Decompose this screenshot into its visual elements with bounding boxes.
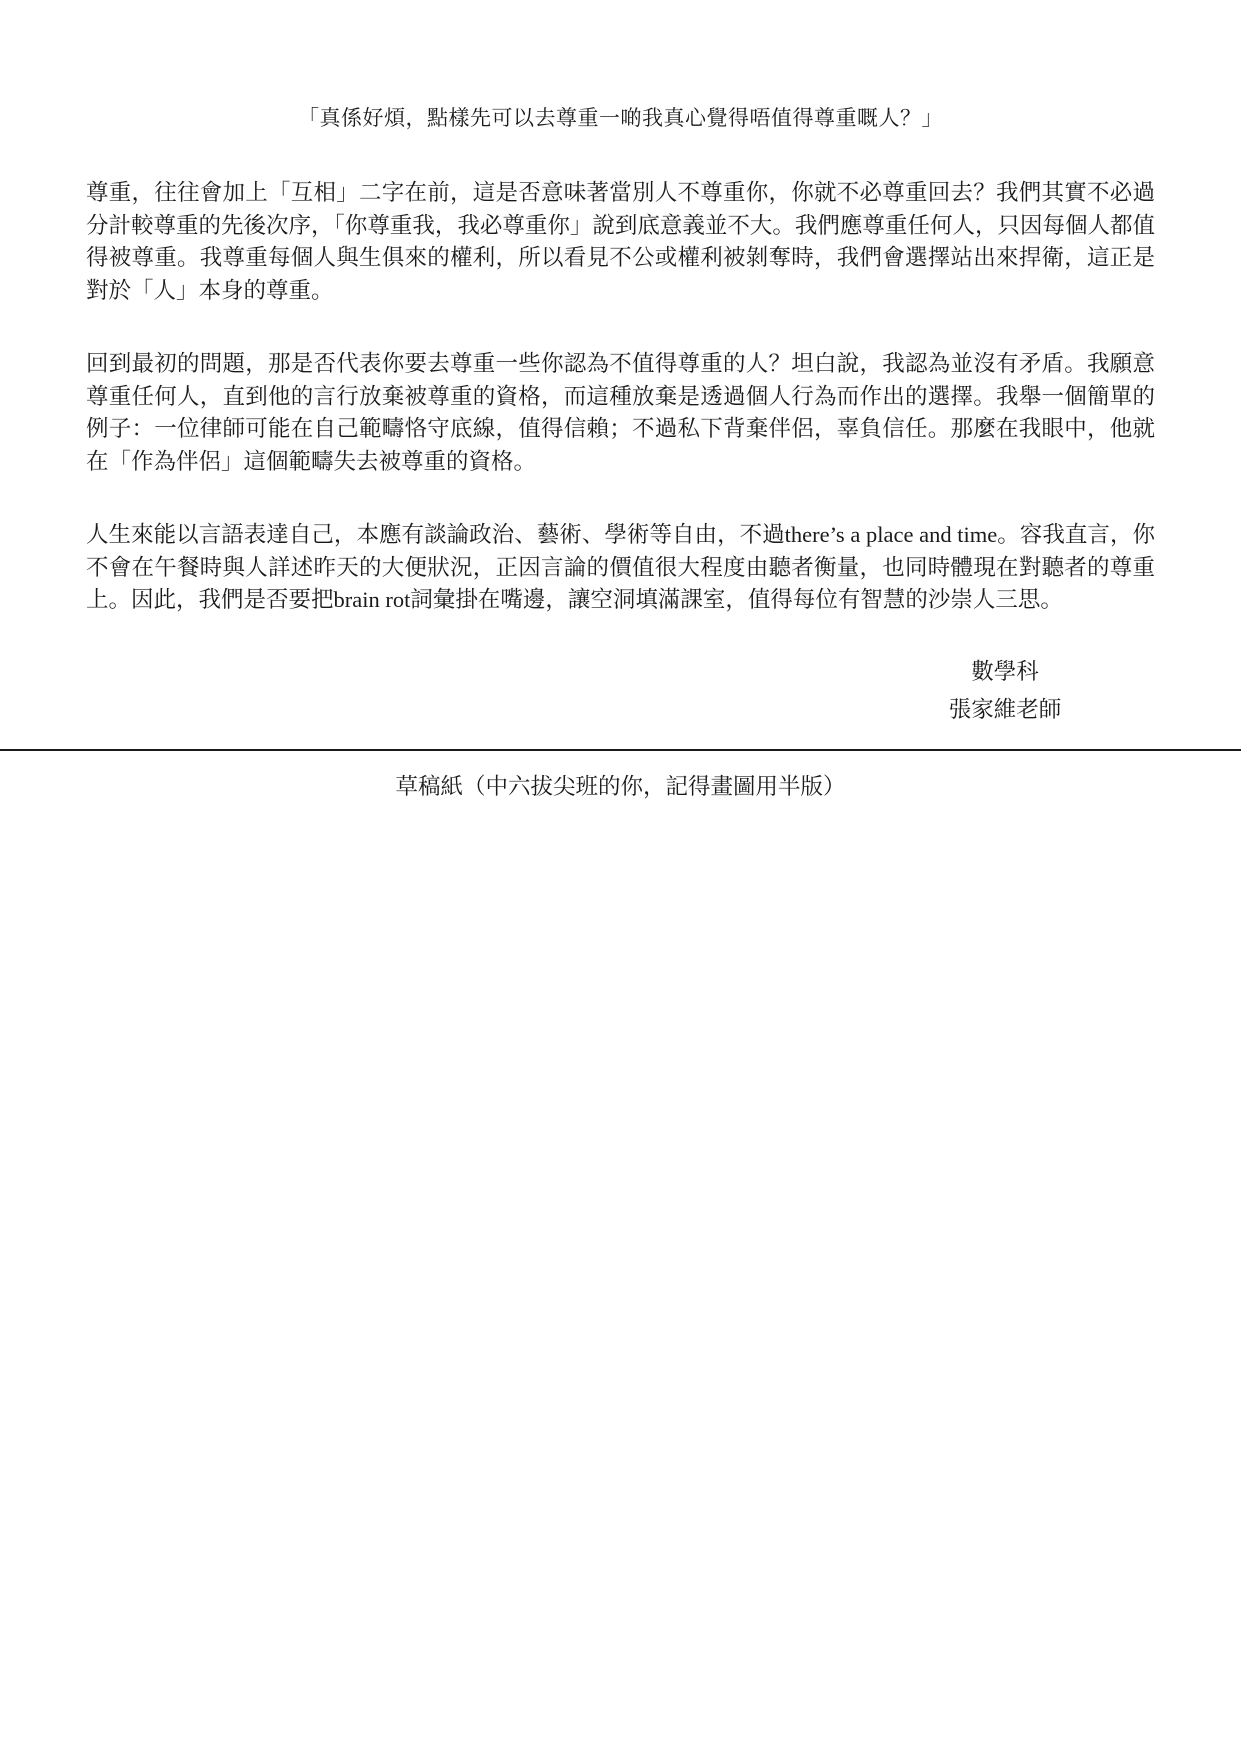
paragraph-worthiness-of-respect: 回到最初的問題，那是否代表你要去尊重一些你認為不值得尊重的人？坦白說，我認為並沒… (86, 348, 1155, 478)
document-title: 「真係好煩，點樣先可以去尊重一啲我真心覺得唔值得尊重嘅人？」 (86, 105, 1155, 131)
signature-name: 張家維老師 (885, 691, 1125, 729)
signature-block: 數學科 張家維老師 (885, 653, 1125, 729)
document-page: 「真係好煩，點樣先可以去尊重一啲我真心覺得唔值得尊重嘅人？」 尊重，往往會加上「… (0, 0, 1241, 1755)
paragraph-speech-place-and-time: 人生來能以言語表達自己，本應有談論政治、藝術、學術等自由，不過there’s a… (86, 519, 1155, 617)
paragraph-respect-mutual: 尊重，往往會加上「互相」二字在前，這是否意味著當別人不尊重你，你就不必尊重回去？… (86, 177, 1155, 307)
signature-department: 數學科 (885, 653, 1125, 691)
divider (0, 749, 1241, 751)
document-body: 尊重，往往會加上「互相」二字在前，這是否意味著當別人不尊重你，你就不必尊重回去？… (86, 177, 1155, 617)
scratch-paper-note: 草稿紙（中六拔尖班的你，記得畫圖用半版） (0, 772, 1241, 802)
